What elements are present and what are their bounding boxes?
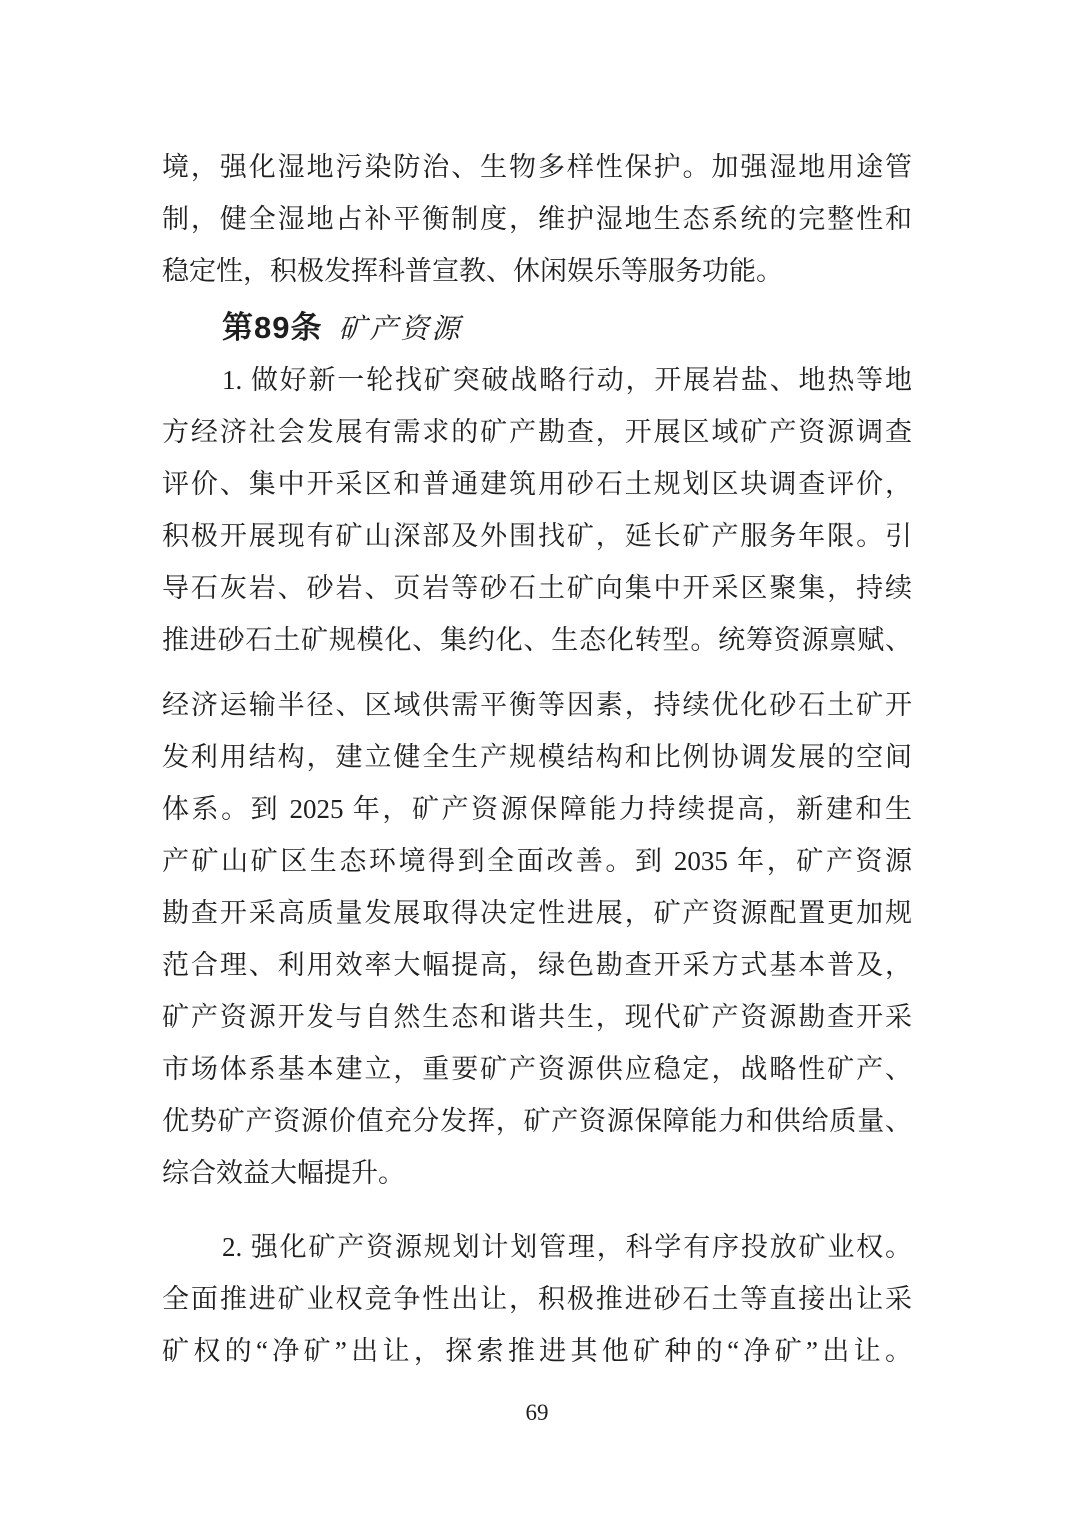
text-line: 2. 强化矿产资源规划计划管理，科学有序投放矿业权。 [162, 1221, 912, 1273]
document-page: 境，强化湿地污染防治、生物多样性保护。加强湿地用途管 制，健全湿地占补平衡制度，… [0, 0, 1074, 1520]
text-line: 经济运输半径、区域供需平衡等因素，持续优化砂石土矿开 [162, 679, 912, 731]
text-line: 方经济社会发展有需求的矿产勘查，开展区域矿产资源调查 [162, 406, 912, 458]
text-line: 境，强化湿地污染防治、生物多样性保护。加强湿地用途管 [162, 141, 912, 193]
text-block: 境，强化湿地污染防治、生物多样性保护。加强湿地用途管 制，健全湿地占补平衡制度，… [162, 141, 912, 1377]
text-line: 制，健全湿地占补平衡制度，维护湿地生态系统的完整性和 [162, 193, 912, 245]
article-title: 矿产资源 [338, 314, 462, 345]
text-line: 稳定性，积极发挥科普宣教、休闲娱乐等服务功能。 [162, 245, 912, 297]
text-line: 优势矿产资源价值充分发挥，矿产资源保障能力和供给质量、 [162, 1095, 912, 1147]
continuation-paragraph: 境，强化湿地污染防治、生物多样性保护。加强湿地用途管 制，健全湿地占补平衡制度，… [162, 141, 912, 297]
text-line: 矿产资源开发与自然生态和谐共生，现代矿产资源勘查开采 [162, 991, 912, 1043]
paragraph-1-part2: 经济运输半径、区域供需平衡等因素，持续优化砂石土矿开 发利用结构，建立健全生产规… [162, 679, 912, 1199]
page-number: 69 [526, 1400, 549, 1425]
text-line: 导石灰岩、砂岩、页岩等砂石土矿向集中开采区聚集，持续 [162, 562, 912, 614]
text-line: 产矿山矿区生态环境得到全面改善。到 2035 年，矿产资源 [162, 835, 912, 887]
article-heading: 第89条矿产资源 [162, 302, 912, 354]
text-line: 积极开展现有矿山深部及外围找矿，延长矿产服务年限。引 [162, 510, 912, 562]
text-line: 1. 做好新一轮找矿突破战略行动，开展岩盐、地热等地 [162, 354, 912, 406]
text-line: 矿权的“净矿”出让，探索推进其他矿种的“净矿”出让。 [162, 1325, 912, 1377]
text-line: 推进砂石土矿规模化、集约化、生态化转型。统筹资源禀赋、 [162, 614, 912, 666]
text-line: 发利用结构，建立健全生产规模结构和比例协调发展的空间 [162, 731, 912, 783]
text-line: 体系。到 2025 年，矿产资源保障能力持续提高，新建和生 [162, 783, 912, 835]
text-line: 全面推进矿业权竞争性出让，积极推进砂石土等直接出让采 [162, 1273, 912, 1325]
paragraph-2: 2. 强化矿产资源规划计划管理，科学有序投放矿业权。 全面推进矿业权竞争性出让，… [162, 1221, 912, 1377]
page-footer: 69 [0, 1398, 1074, 1428]
text-line: 综合效益大幅提升。 [162, 1147, 912, 1199]
text-line: 评价、集中开采区和普通建筑用砂石土规划区块调查评价， [162, 458, 912, 510]
paragraph-1-part1: 1. 做好新一轮找矿突破战略行动，开展岩盐、地热等地 方经济社会发展有需求的矿产… [162, 354, 912, 666]
text-line: 范合理、利用效率大幅提高，绿色勘查开采方式基本普及， [162, 939, 912, 991]
text-line: 勘查开采高质量发展取得决定性进展，矿产资源配置更加规 [162, 887, 912, 939]
article-number: 第89条 [222, 310, 322, 345]
text-line: 市场体系基本建立，重要矿产资源供应稳定，战略性矿产、 [162, 1043, 912, 1095]
